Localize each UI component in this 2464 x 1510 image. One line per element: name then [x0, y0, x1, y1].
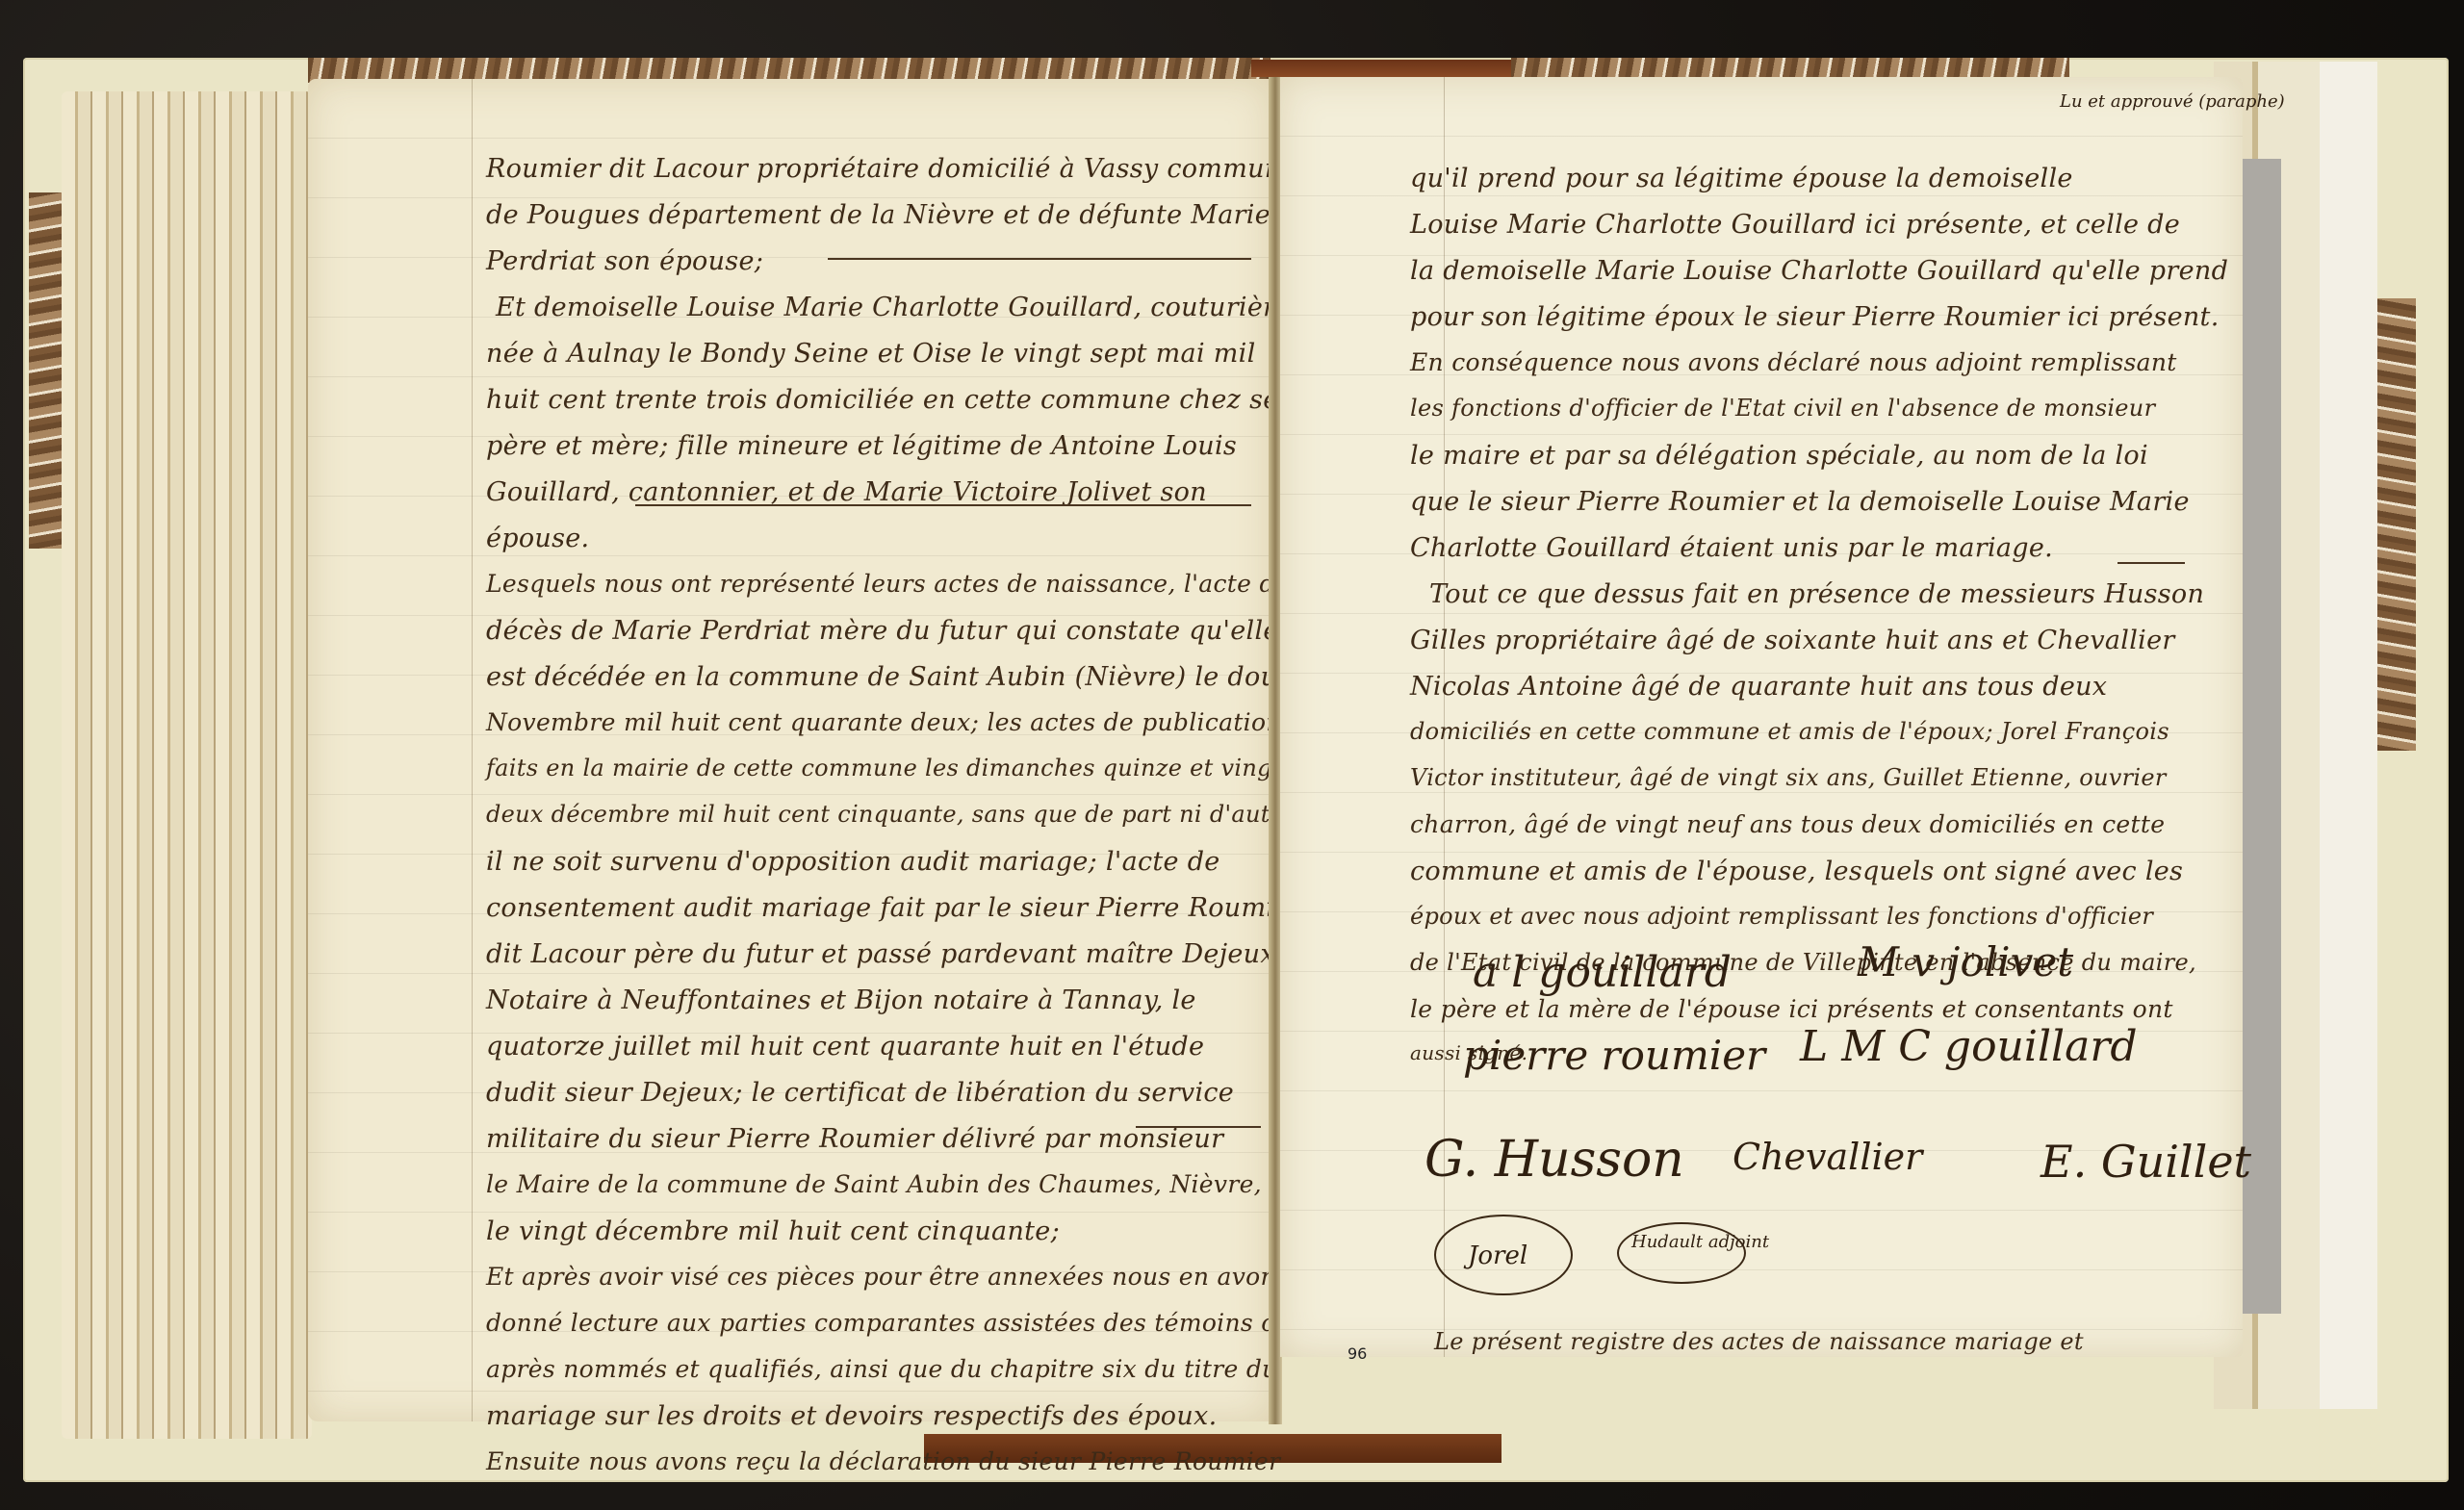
text-line: consentement audit mariage fait par le s…: [486, 893, 1303, 923]
text-line: dit Lacour père du futur et passé pardev…: [486, 939, 1275, 969]
text-line: Ensuite nous avons reçu la déclaration d…: [486, 1447, 1280, 1475]
text-line: le père et la mère de l'épouse ici prése…: [1410, 995, 2173, 1023]
text-line: Nicolas Antoine âgé de quarante huit ans…: [1410, 672, 2107, 702]
text-line: commune et amis de l'épouse, lesquels on…: [1410, 857, 2183, 886]
text-line: Gilles propriétaire âgé de soixante huit…: [1410, 626, 2175, 655]
line-filler-rule: [2117, 562, 2185, 564]
text-line: Roumier dit Lacour propriétaire domicili…: [486, 154, 1297, 184]
spine-leather-top: [1251, 60, 1511, 77]
text-line: les fonctions d'officier de l'Etat civil…: [1410, 395, 2155, 422]
text-line: de Pougues département de la Nièvre et d…: [486, 200, 1270, 230]
text-line: le vingt décembre mil huit cent cinquant…: [486, 1216, 1060, 1246]
text-line: la demoiselle Marie Louise Charlotte Gou…: [1410, 256, 2228, 286]
text-line: après nommés et qualifiés, ainsi que du …: [486, 1355, 1278, 1383]
closing-line: Le présent registre des actes de naissan…: [1434, 1328, 2084, 1355]
line-filler-rule: [1136, 1126, 1261, 1128]
text-line: donné lecture aux parties comparantes as…: [486, 1309, 1283, 1337]
text-line: quatorze juillet mil huit cent quarante …: [486, 1032, 1204, 1062]
page-edges-left: [62, 91, 312, 1439]
text-line: père et mère; fille mineure et légitime …: [486, 431, 1237, 461]
marbled-paper-left: [29, 192, 62, 549]
text-line: dudit sieur Dejeux; le certificat de lib…: [486, 1078, 1234, 1108]
signature: Chevallier: [1732, 1136, 1922, 1178]
text-line: domiciliés en cette commune et amis de l…: [1410, 718, 2169, 745]
signature: L M C gouillard: [1800, 1022, 2138, 1071]
text-line: qu'il prend pour sa légitime épouse la d…: [1410, 164, 2073, 193]
text-line: En conséquence nous avons déclaré nous a…: [1410, 348, 2177, 376]
text-line: que le sieur Pierre Roumier et la demois…: [1410, 487, 2190, 517]
text-line: Victor instituteur, âgé de vingt six ans…: [1410, 764, 2167, 791]
text-line: née à Aulnay le Bondy Seine et Oise le v…: [486, 339, 1256, 369]
folio-number: 96: [1347, 1344, 1367, 1363]
signature: a l gouillard: [1473, 948, 1732, 997]
text-line: charron, âgé de vingt neuf ans tous deux…: [1410, 810, 2165, 838]
text-line: deux décembre mil huit cent cinquante, s…: [486, 801, 1296, 828]
text-line: pour son légitime époux le sieur Pierre …: [1410, 302, 2220, 332]
text-line: décès de Marie Perdriat mère du futur qu…: [486, 616, 1279, 646]
signature: pierre roumier: [1463, 1032, 1765, 1079]
text-line: il ne soit survenu d'opposition audit ma…: [486, 847, 1220, 877]
text-line: Perdriat son épouse;: [486, 246, 763, 276]
text-line: Tout ce que dessus fait en présence de m…: [1429, 579, 2204, 609]
signature: Jorel: [1468, 1241, 1527, 1270]
text-line: Et après avoir visé ces pièces pour être…: [486, 1263, 1289, 1291]
text-line: mariage sur les droits et devoirs respec…: [486, 1401, 1217, 1431]
text-line: Gouillard, cantonnier, et de Marie Victo…: [486, 477, 1207, 507]
text-line: faits en la mairie de cette commune les …: [486, 755, 1282, 781]
line-filler-rule: [635, 504, 1251, 506]
text-line: militaire du sieur Pierre Roumier délivr…: [486, 1124, 1223, 1154]
text-line: Lesquels nous ont représenté leurs actes…: [486, 570, 1290, 598]
signature: M v jolivet: [1858, 938, 2073, 985]
text-line: est décédée en la commune de Saint Aubin…: [486, 662, 1307, 692]
text-line: le Maire de la commune de Saint Aubin de…: [486, 1170, 1262, 1198]
text-line: Louise Marie Charlotte Gouillard ici pré…: [1410, 210, 2180, 240]
text-line: le maire et par sa délégation spéciale, …: [1410, 441, 2148, 471]
text-line: Et demoiselle Louise Marie Charlotte Gou…: [496, 293, 1292, 322]
text-line: huit cent trente trois domiciliée en cet…: [486, 385, 1293, 415]
text-line: Charlotte Gouillard étaient unis par le …: [1410, 533, 2053, 563]
text-line: époux et avec nous adjoint remplissant l…: [1410, 903, 2153, 930]
text-line: épouse.: [486, 524, 589, 553]
marginal-note: Lu et approuvé (paraphe): [2060, 91, 2285, 112]
line-filler-rule: [828, 258, 1251, 260]
signature: E. Guillet: [2040, 1136, 2251, 1188]
text-line: Notaire à Neuffontaines et Bijon notaire…: [486, 985, 1196, 1015]
margin-rule: [472, 79, 473, 1421]
text-line: Novembre mil huit cent quarante deux; le…: [486, 708, 1282, 736]
marbled-paper-right: [2377, 298, 2416, 751]
signature: G. Husson: [1424, 1131, 1684, 1189]
signature: Hudault adjoint: [1631, 1232, 1769, 1252]
